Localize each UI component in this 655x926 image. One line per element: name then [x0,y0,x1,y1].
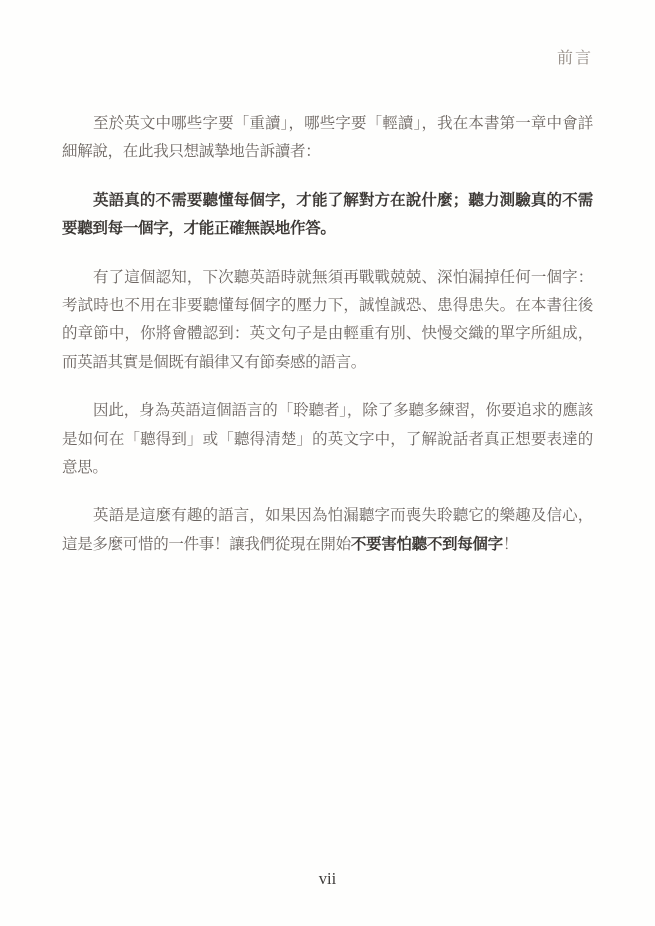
page-number: vii [0,869,655,889]
paragraph-closing: 英語是這麼有趣的語言，如果因為怕漏聽字而喪失聆聽它的樂趣及信心，這是多麼可惜的一… [62,502,593,559]
running-header: 前言 [557,49,593,69]
page-content: 至於英文中哪些字要「重讀」，哪些字要「輕讀」，我在本書第一章中會詳細解說，在此我… [62,110,593,579]
book-page: 前言 至於英文中哪些字要「重讀」，哪些字要「輕讀」，我在本書第一章中會詳細解說，… [0,0,655,926]
paragraph-intro: 至於英文中哪些字要「重讀」，哪些字要「輕讀」，我在本書第一章中會詳細解說，在此我… [62,110,593,167]
paragraph-closing-emphasis: 不要害怕聽不到每個字 [351,536,503,553]
paragraph-closing-punctuation: ！ [503,536,518,553]
paragraph-key-message: 英語真的不需要聽懂每個字，才能了解對方在說什麼；聽力測驗真的不需要聽到每一個字，… [62,187,593,244]
paragraph-explanation: 有了這個認知，下次聽英語時就無須再戰戰兢兢、深怕漏掉任何一個字：考試時也不用在非… [62,264,593,378]
paragraph-listener-advice: 因此，身為英語這個語言的「聆聽者」，除了多聽多練習，你要追求的應該是如何在「聽得… [62,397,593,482]
